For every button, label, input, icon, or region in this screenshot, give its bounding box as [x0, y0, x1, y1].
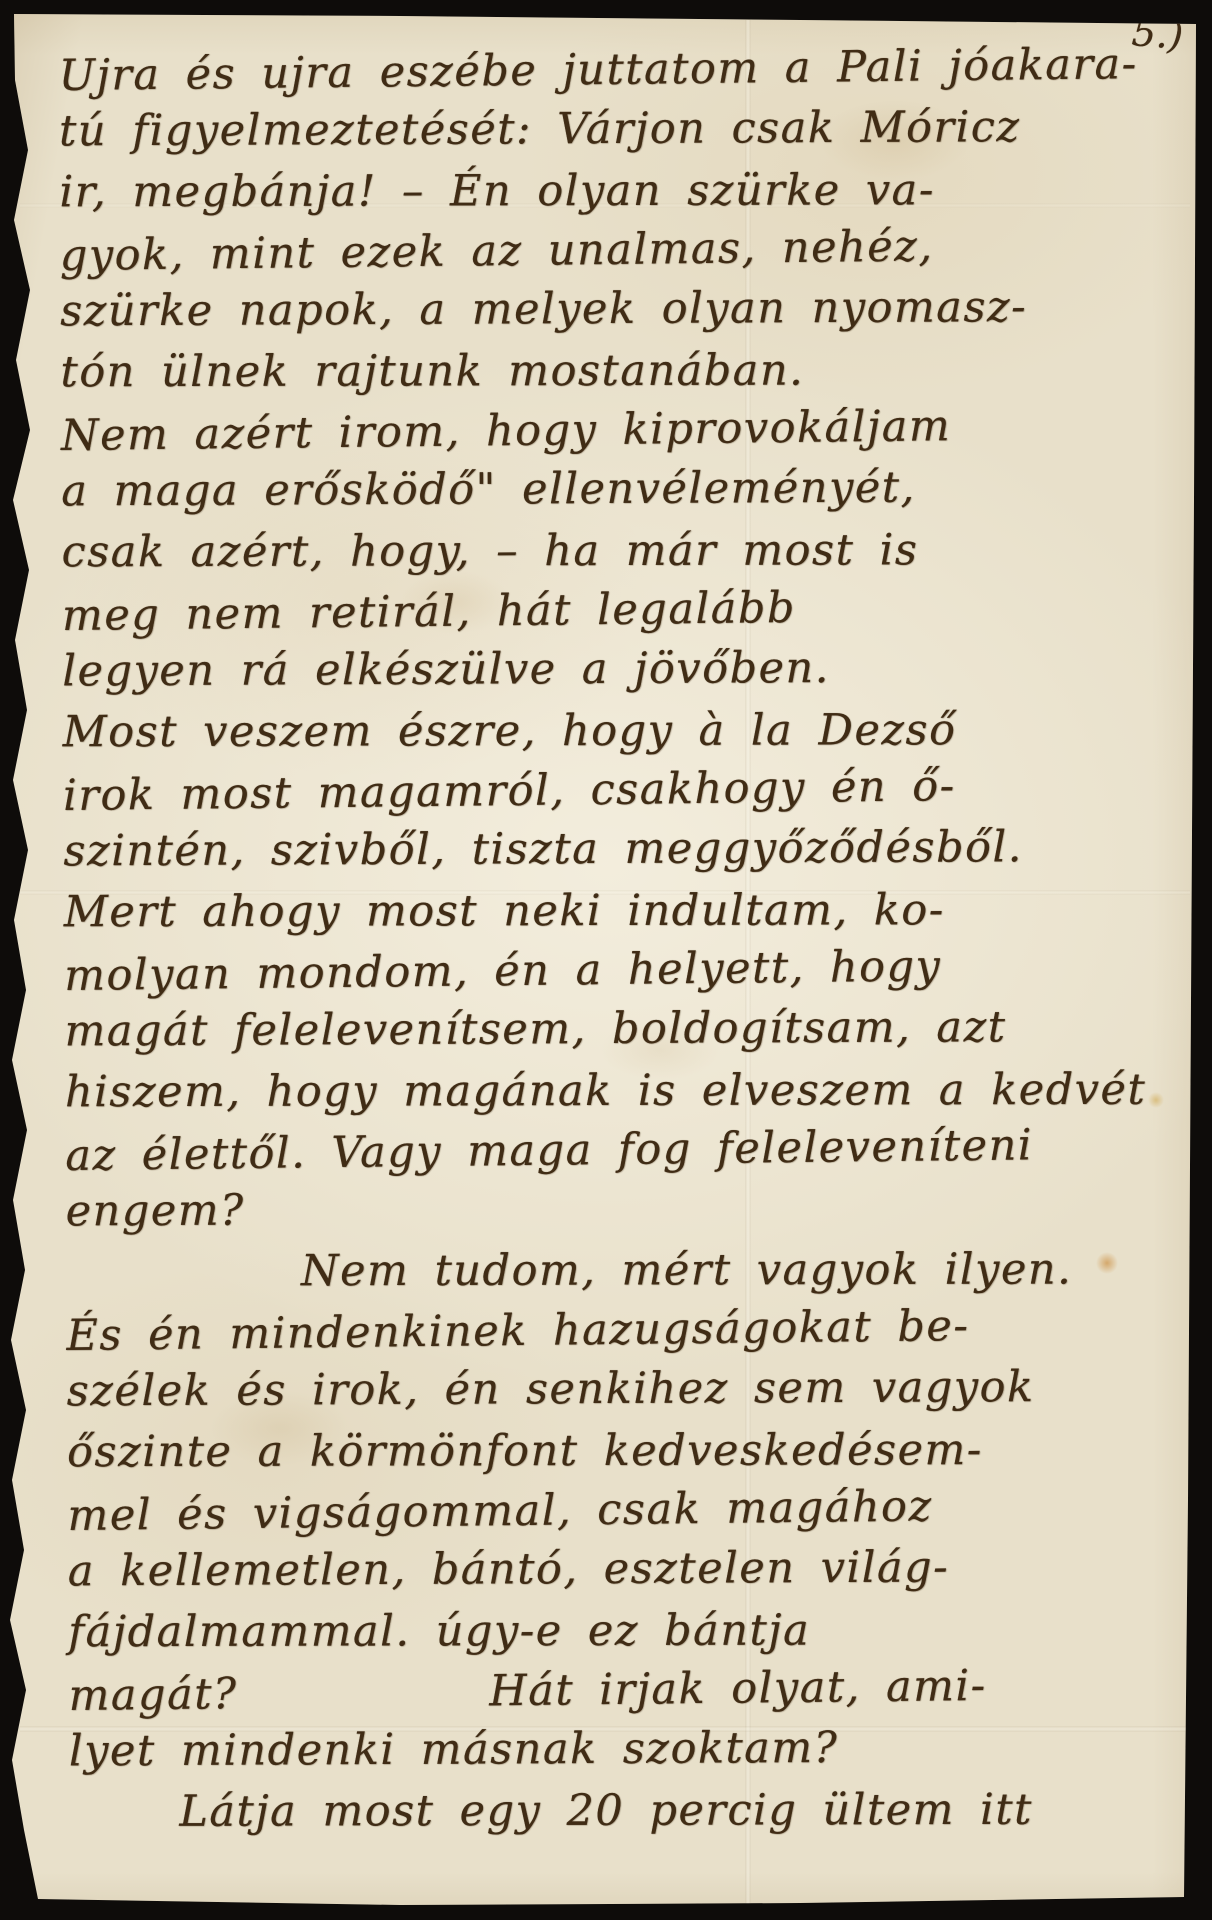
handwritten-line: meg nem retirál, hát legalább	[62, 574, 1153, 646]
handwritten-line: szintén, szivből, tiszta meggyőződésből.	[63, 817, 1153, 882]
handwritten-line: szürke napok, a melyek olyan nyomasz-	[60, 277, 1150, 342]
handwritten-line: gyok, mint ezek az unalmas, nehéz,	[59, 214, 1150, 286]
handwritten-line: ir, megbánja! – Én olyan szürke va-	[59, 160, 1149, 222]
handwritten-line: Mert ahogy most neki indultam, ko-	[64, 880, 1154, 942]
handwritten-line: magát? Hát irjak olyat, ami-	[68, 1654, 1159, 1726]
handwritten-line: Most veszem észre, hogy à la Dezső	[63, 700, 1153, 762]
handwritten-line: legyen rá elkészülve a jövőben.	[62, 637, 1152, 702]
letter-scan: 5.) Ujra és ujra eszébe juttatom a Pali …	[0, 0, 1212, 1920]
handwritten-line: fájdalmammal. úgy-e ez bántja	[68, 1600, 1158, 1662]
handwritten-line: szélek és irok, én senkihez sem vagyok	[67, 1357, 1157, 1422]
handwritten-line: lyet mindenki másnak szoktam?	[69, 1717, 1159, 1782]
handwritten-line: a kellemetlen, bántó, esztelen világ-	[68, 1537, 1158, 1602]
handwritten-line: a maga erősködő" ellenvéleményét,	[61, 457, 1151, 522]
handwritten-line: Nem azért irom, hogy kiprovokáljam	[61, 394, 1152, 466]
handwritten-line: tú figyelmeztetését: Várjon csak Móricz	[59, 97, 1149, 162]
handwritten-line: magát felelevenítsem, boldogítsam, azt	[64, 997, 1154, 1062]
handwritten-line: hiszem, hogy magának is elveszem a kedvé…	[65, 1060, 1155, 1122]
handwritten-line: Ujra és ujra eszébe juttatom a Pali jóak…	[58, 34, 1149, 106]
handwritten-line: Nem tudom, mért vagyok ilyen.	[301, 1239, 1156, 1301]
handwritten-line: mel és vigságommal, csak magához	[67, 1474, 1158, 1546]
handwritten-line: az élettől. Vagy maga fog feleleveníteni	[65, 1114, 1156, 1186]
handwritten-line: molyan mondom, én a helyett, hogy	[64, 934, 1155, 1006]
letter-body: Ujra és ujra eszébe juttatom a Pali jóak…	[59, 37, 1160, 1844]
handwritten-line: tón ülnek rajtunk mostanában.	[60, 340, 1150, 402]
handwritten-line: csak azért, hogy, – ha már most is	[62, 520, 1152, 582]
handwritten-line: engem?	[66, 1177, 1156, 1242]
handwritten-line: irok most magamról, csakhogy én ő-	[63, 754, 1154, 826]
handwritten-line: Látja most egy 20 percig ültem itt	[179, 1780, 1159, 1842]
handwritten-line: És én mindenkinek hazugságokat be-	[66, 1294, 1157, 1366]
handwritten-line: őszinte a körmönfont kedveskedésem-	[67, 1420, 1157, 1482]
letter-page: 5.) Ujra és ujra eszébe juttatom a Pali …	[0, 0, 1212, 1920]
